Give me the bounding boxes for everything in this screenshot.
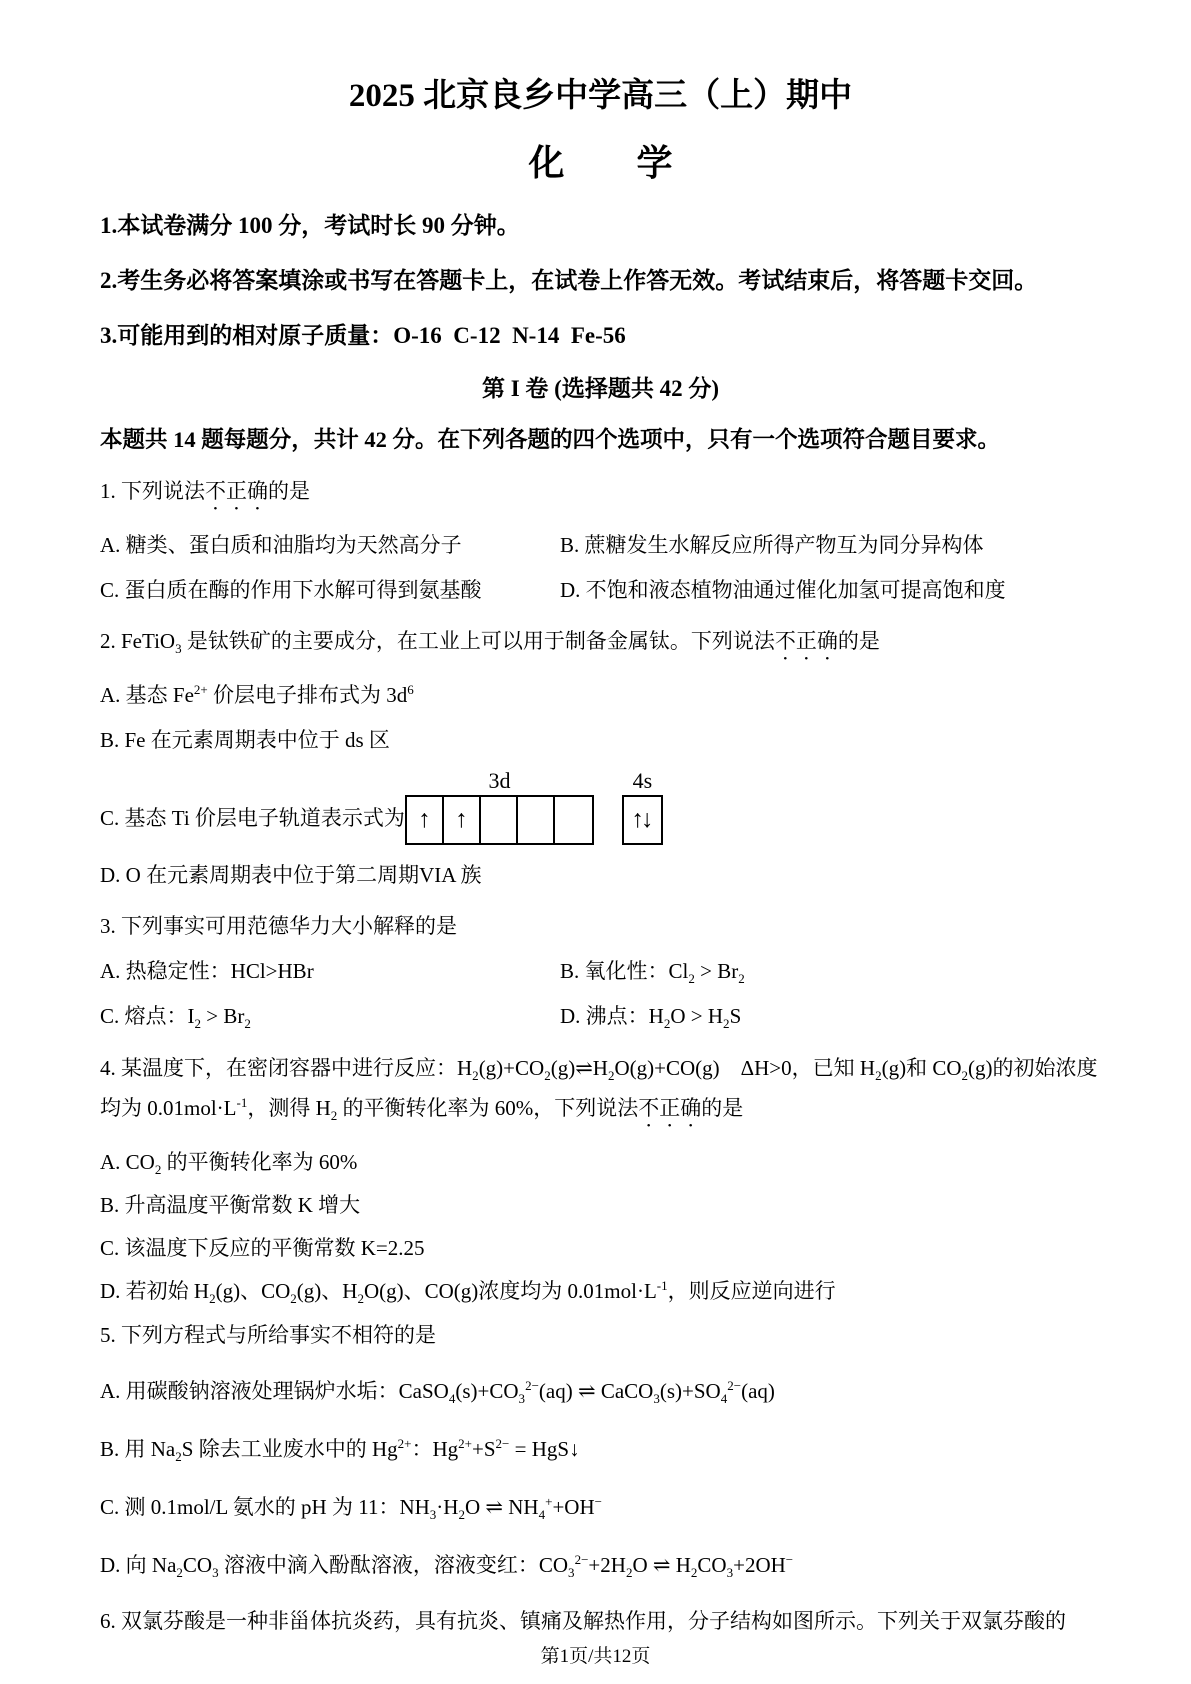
instruction-3: 3.可能用到的相对原子质量：O-16 C-12 N-14 Fe-56 bbox=[100, 321, 1101, 351]
q4-option-a: A. CO2 的平衡转化率为 60% bbox=[100, 1147, 1101, 1177]
question-5-stem: 5. 下列方程式与所给事实不相符的是 bbox=[100, 1320, 1101, 1350]
orbital-3d-cell-1: ↑ bbox=[407, 797, 444, 843]
q4-option-c: C. 该温度下反应的平衡常数 K=2.25 bbox=[100, 1233, 1101, 1263]
q5-option-c: C. 测 0.1mol/L 氨水的 pH 为 11：NH3·H2O ⇌ NH4+… bbox=[100, 1490, 1101, 1524]
orbital-3d-cells: ↑ ↑ bbox=[405, 795, 594, 845]
q1-option-c: C. 蛋白质在酶的作用下水解可得到氨基酸 bbox=[100, 575, 560, 605]
q2-option-c-label: C. 基态 Ti 价层电子轨道表示式为 bbox=[100, 803, 405, 845]
q2-option-d: D. O 在元素周期表中位于第二周期VIA 族 bbox=[100, 860, 1101, 890]
question-1-options-row-1: A. 糖类、蛋白质和油脂均为天然高分子 B. 蔗糖发生水解反应所得产物互为同分异… bbox=[100, 530, 1101, 560]
q4-option-d: D. 若初始 H2(g)、CO2(g)、H2O(g)、CO(g)浓度均为 0.0… bbox=[100, 1276, 1101, 1306]
instruction-2: 2.考生务必将答案填涂或书写在答题卡上，在试卷上作答无效。考试结束后，将答题卡交… bbox=[100, 266, 1101, 296]
orbital-3d-cell-2: ↑ bbox=[444, 797, 481, 843]
orbital-4s-label: 4s bbox=[622, 767, 663, 795]
question-4-stem: 4. 某温度下，在密闭容器中进行反应：H2(g)+CO2(g)⇌H2O(g)+C… bbox=[100, 1048, 1101, 1132]
q3-option-b: B. 氧化性：Cl2 > Br2 bbox=[560, 956, 1101, 986]
question-1-options-row-2: C. 蛋白质在酶的作用下水解可得到氨基酸 D. 不饱和液态植物油通过催化加氢可提… bbox=[100, 575, 1101, 605]
q2-option-b: B. Fe 在元素周期表中位于 ds 区 bbox=[100, 725, 1101, 755]
subject-title: 化 学 bbox=[100, 140, 1101, 186]
q3-option-a: A. 热稳定性：HCl>HBr bbox=[100, 956, 560, 986]
orbital-3d-cell-4 bbox=[518, 797, 555, 843]
question-6-stem: 6. 双氯芬酸是一种非甾体抗炎药，具有抗炎、镇痛及解热作用，分子结构如图所示。下… bbox=[100, 1606, 1101, 1636]
section-1-heading: 第 I 卷 (选择题共 42 分) bbox=[100, 374, 1101, 404]
q3-option-d: D. 沸点：H2O > H2S bbox=[560, 1001, 1101, 1031]
question-3-options-row-1: A. 热稳定性：HCl>HBr B. 氧化性：Cl2 > Br2 bbox=[100, 956, 1101, 986]
orbital-4s-cells: ↑↓ bbox=[622, 795, 663, 845]
orbital-4s-cell: ↑↓ bbox=[624, 797, 661, 843]
q4-option-b: B. 升高温度平衡常数 K 增大 bbox=[100, 1190, 1101, 1220]
q5-option-a: A. 用碳酸钠溶液处理锅炉水垢：CaSO4(s)+CO32−(aq) ⇌ CaC… bbox=[100, 1374, 1101, 1408]
q1-option-b: B. 蔗糖发生水解反应所得产物互为同分异构体 bbox=[560, 530, 1101, 560]
orbital-diagram-3d: 3d ↑ ↑ bbox=[405, 767, 594, 845]
orbital-3d-cell-3 bbox=[481, 797, 518, 843]
q3-option-c: C. 熔点：I2 > Br2 bbox=[100, 1001, 560, 1031]
q1-option-d: D. 不饱和液态植物油通过催化加氢可提高饱和度 bbox=[560, 575, 1101, 605]
q2-option-a: A. 基态 Fe2+ 价层电子排布式为 3d6 bbox=[100, 680, 1101, 710]
page-title: 2025 北京良乡中学高三（上）期中 bbox=[100, 74, 1101, 118]
question-1-stem: 1. 下列说法不正确的是 bbox=[100, 476, 1101, 515]
orbital-3d-label: 3d bbox=[405, 767, 594, 795]
section-1-intro: 本题共 14 题每题分，共计 42 分。在下列各题的四个选项中，只有一个选项符合… bbox=[100, 425, 1101, 455]
instruction-1: 1.本试卷满分 100 分，考试时长 90 分钟。 bbox=[100, 211, 1101, 241]
q2-option-c: C. 基态 Ti 价层电子轨道表示式为 3d ↑ ↑ 4s ↑↓ bbox=[100, 767, 1101, 845]
orbital-diagram-4s: 4s ↑↓ bbox=[622, 767, 663, 845]
q1-option-a: A. 糖类、蛋白质和油脂均为天然高分子 bbox=[100, 530, 560, 560]
question-3-options-row-2: C. 熔点：I2 > Br2 D. 沸点：H2O > H2S bbox=[100, 1001, 1101, 1031]
exam-page: 2025 北京良乡中学高三（上）期中 化 学 1.本试卷满分 100 分，考试时… bbox=[0, 0, 1191, 1636]
q5-option-d: D. 向 Na2CO3 溶液中滴入酚酞溶液，溶液变红：CO32−+2H2O ⇌ … bbox=[100, 1548, 1101, 1582]
orbital-3d-cell-5 bbox=[555, 797, 592, 843]
q5-option-b: B. 用 Na2S 除去工业废水中的 Hg2+：Hg2++S2− = HgS↓ bbox=[100, 1432, 1101, 1466]
question-3-stem: 3. 下列事实可用范德华力大小解释的是 bbox=[100, 911, 1101, 941]
question-2-stem: 2. FeTiO3 是钛铁矿的主要成分，在工业上可以用于制备金属钛。下列说法不正… bbox=[100, 626, 1101, 665]
page-number: 第1页/共12页 bbox=[0, 1641, 1191, 1668]
